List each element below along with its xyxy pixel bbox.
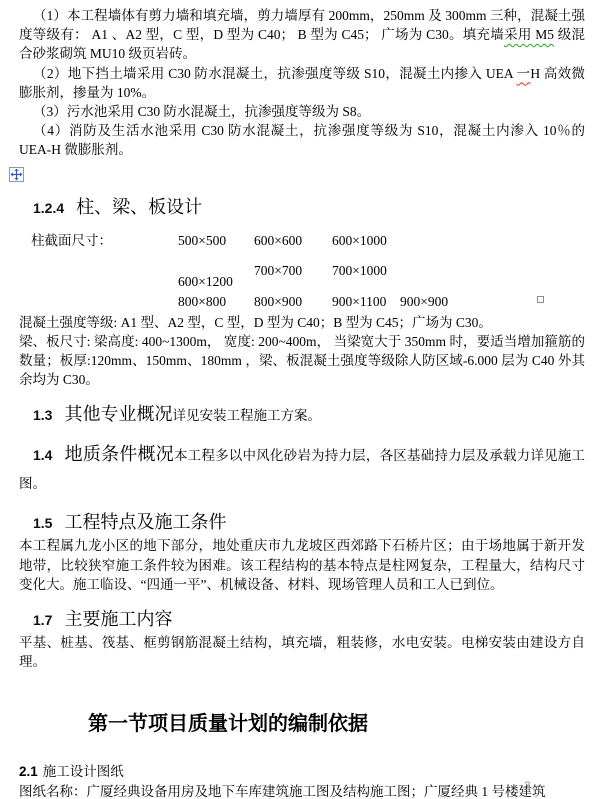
heading-1-5: 1.5工程特点及施工条件: [19, 509, 585, 536]
document-body: （1）本工程墙体有剪力墙和填充墙，剪力墙厚有 200mm，250mm 及 300…: [0, 0, 593, 799]
paragraph-walls-text: （1）本工程墙体有剪力墙和填充墙，剪力墙厚有 200mm，250mm 及 300…: [19, 8, 585, 42]
spellcheck-red-segment: 一: [517, 66, 531, 81]
column-size-cell: 600×1000: [332, 231, 387, 250]
column-size-cell: 600×600: [254, 231, 302, 250]
paragraph-beam-slab: 梁、板尺寸: 梁高度: 400~1300m， 宽度: 200~400m， 当梁宽…: [19, 332, 585, 390]
paragraph-concrete-grade: 混凝土强度等级: A1 型、A2 型，C 型，D 型为 C40；B 型为 C45…: [19, 313, 585, 332]
column-size-cell: 900×900: [400, 292, 448, 311]
heading-1-5-number: 1.5: [19, 510, 52, 536]
heading-1-7-number: 1.7: [19, 607, 52, 633]
column-size-cell: 500×500: [178, 231, 226, 250]
column-size-cell: 800×800: [178, 292, 226, 311]
heading-2-1-number: 2.1: [19, 764, 38, 779]
heading-1-4-title: 地质条件概况: [64, 444, 173, 464]
column-size-cell: 600×1200: [178, 272, 233, 291]
spellcheck-green-segment: 采用 M5: [504, 27, 554, 42]
column-size-label: 柱截面尺寸：: [31, 231, 112, 250]
paragraph-retaining-wall: （2）地下挡土墙采用 C30 防水混凝土，抗渗强度等级 S10，混凝土内掺入 U…: [19, 64, 585, 102]
heading-2-1-title: 施工设计图纸: [43, 764, 124, 779]
column-size-cell: 900×1100: [332, 292, 386, 311]
heading-1-3-tail: 详见安装工程施工方案。: [172, 408, 321, 423]
heading-1-2-4-title: 柱、梁、板设计: [76, 197, 202, 217]
document-page: （1）本工程墙体有剪力墙和填充墙，剪力墙厚有 200mm，250mm 及 300…: [0, 0, 593, 799]
paragraph-walls: （1）本工程墙体有剪力墙和填充墙，剪力墙厚有 200mm，250mm 及 300…: [19, 6, 585, 64]
heading-1-5-title: 工程特点及施工条件: [64, 512, 226, 532]
heading-1-4-number: 1.4: [19, 442, 52, 468]
paragraph-sewage-pool: （3）污水池采用 C30 防水混凝土，抗渗强度等级为 S8。: [19, 102, 585, 121]
heading-1-3: 1.3其他专业概况详见安装工程施工方案。: [19, 401, 585, 429]
paragraph-fire-pool: （4）消防及生活水池采用 C30 防水混凝土，抗渗强度等级为 S10，混凝土内渗…: [19, 121, 585, 159]
heading-1-3-title: 其他专业概况: [64, 404, 172, 424]
heading-1-2-4-number: 1.2.4: [19, 195, 64, 221]
column-size-cell: 800×900: [254, 292, 302, 311]
heading-1-2-4: 1.2.4柱、梁、板设计: [19, 194, 585, 221]
chapter-heading: 第一节项目质量计划的编制依据: [88, 711, 585, 737]
column-size-cell: 700×700: [254, 261, 302, 280]
move-handle-icon[interactable]: [9, 167, 24, 182]
heading-1-3-number: 1.3: [19, 402, 52, 428]
paragraph-drawing-names: 图纸名称：广厦经典设备用房及地下车库建筑施工图及结构施工图；广厦经典 1 号楼建…: [19, 782, 585, 799]
column-size-cell: 700×1000: [332, 261, 387, 280]
heading-1-7-title: 主要施工内容: [64, 609, 172, 629]
column-size-table: 柱截面尺寸： 500×500 600×600 600×1000 700×700 …: [19, 231, 585, 313]
paragraph-retaining-wall-text: （2）地下挡土墙采用 C30 防水混凝土，抗渗强度等级 S10，混凝土内掺入 U…: [33, 66, 517, 81]
heading-1-7: 1.7主要施工内容: [19, 606, 585, 633]
paragraph-main-construction: 平基、桩基、筏基、框剪钢筋混凝土结构，填充墙，粗装修，水电安装。电梯安装由建设方…: [19, 633, 585, 671]
page-number: 3: [524, 777, 531, 796]
heading-1-4: 1.4地质条件概况本工程多以中风化砂岩为持力层，各区基础持力层及承载力详见施工图…: [19, 441, 585, 497]
heading-2-1: 2.1施工设计图纸: [19, 762, 585, 781]
empty-square-placeholder: [537, 296, 544, 303]
paragraph-site-conditions: 本工程属九龙小区的地下部分，地处重庆市九龙坡区西郊路下石桥片区；由于场地属于新开…: [19, 536, 585, 594]
